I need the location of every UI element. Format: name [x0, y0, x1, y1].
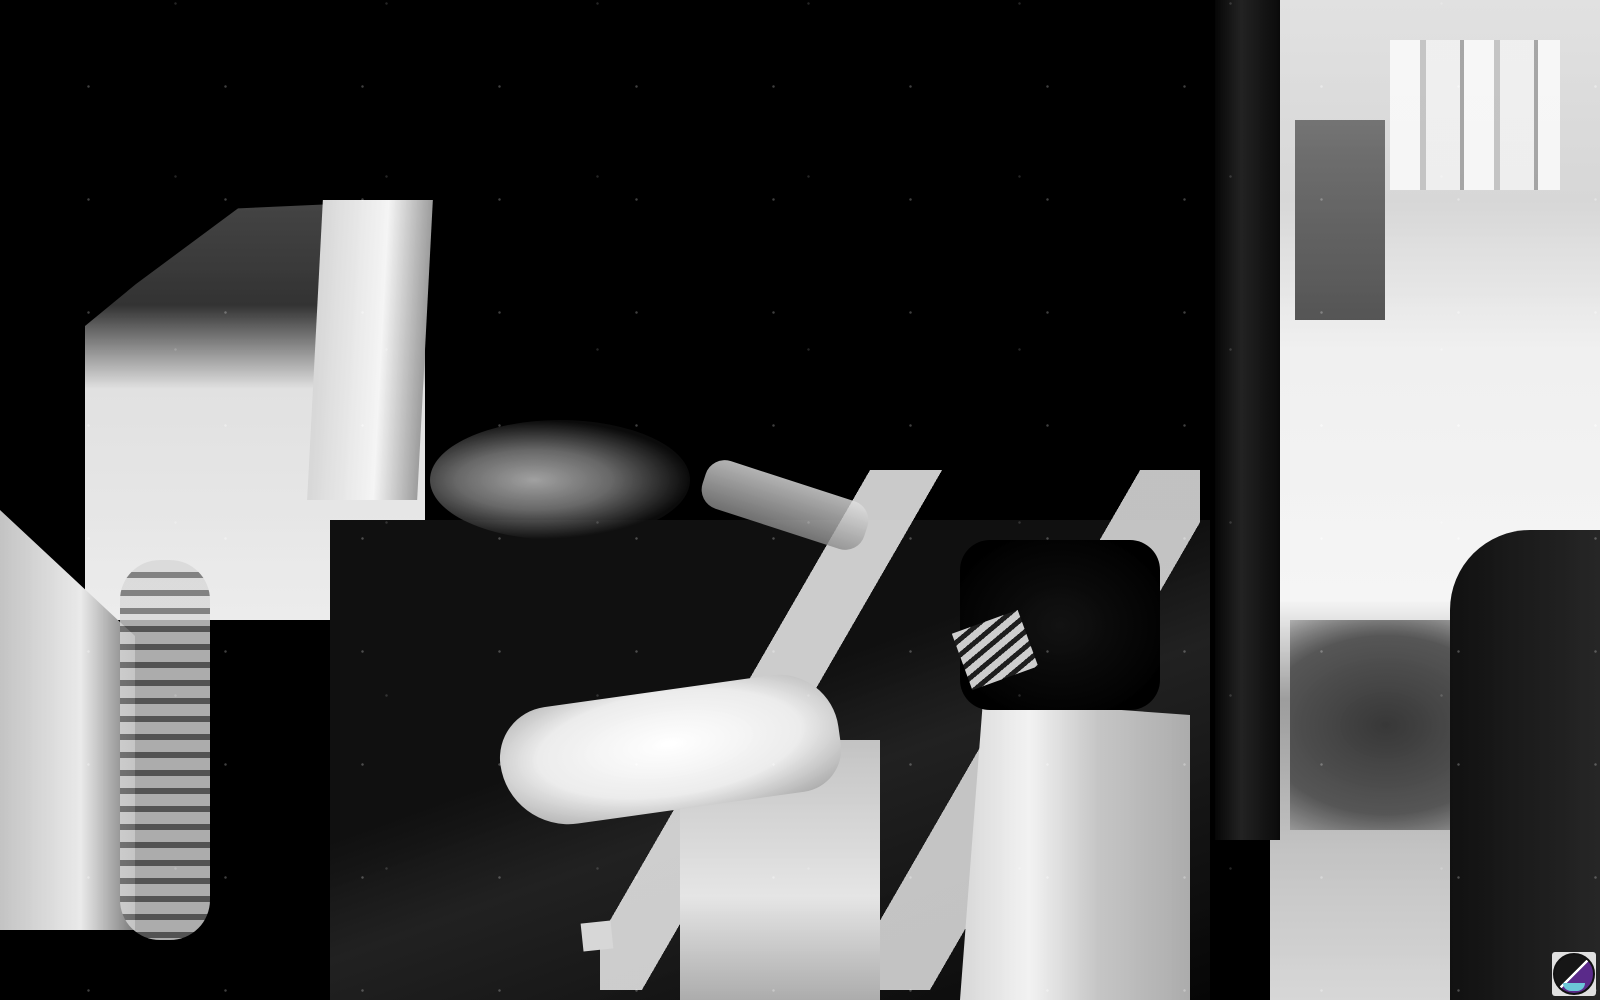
emblem-shield-icon: [1553, 953, 1595, 995]
photograph: [0, 0, 1600, 1000]
squadron-emblem-icon: [1552, 952, 1596, 996]
film-grain: [0, 0, 1600, 1000]
